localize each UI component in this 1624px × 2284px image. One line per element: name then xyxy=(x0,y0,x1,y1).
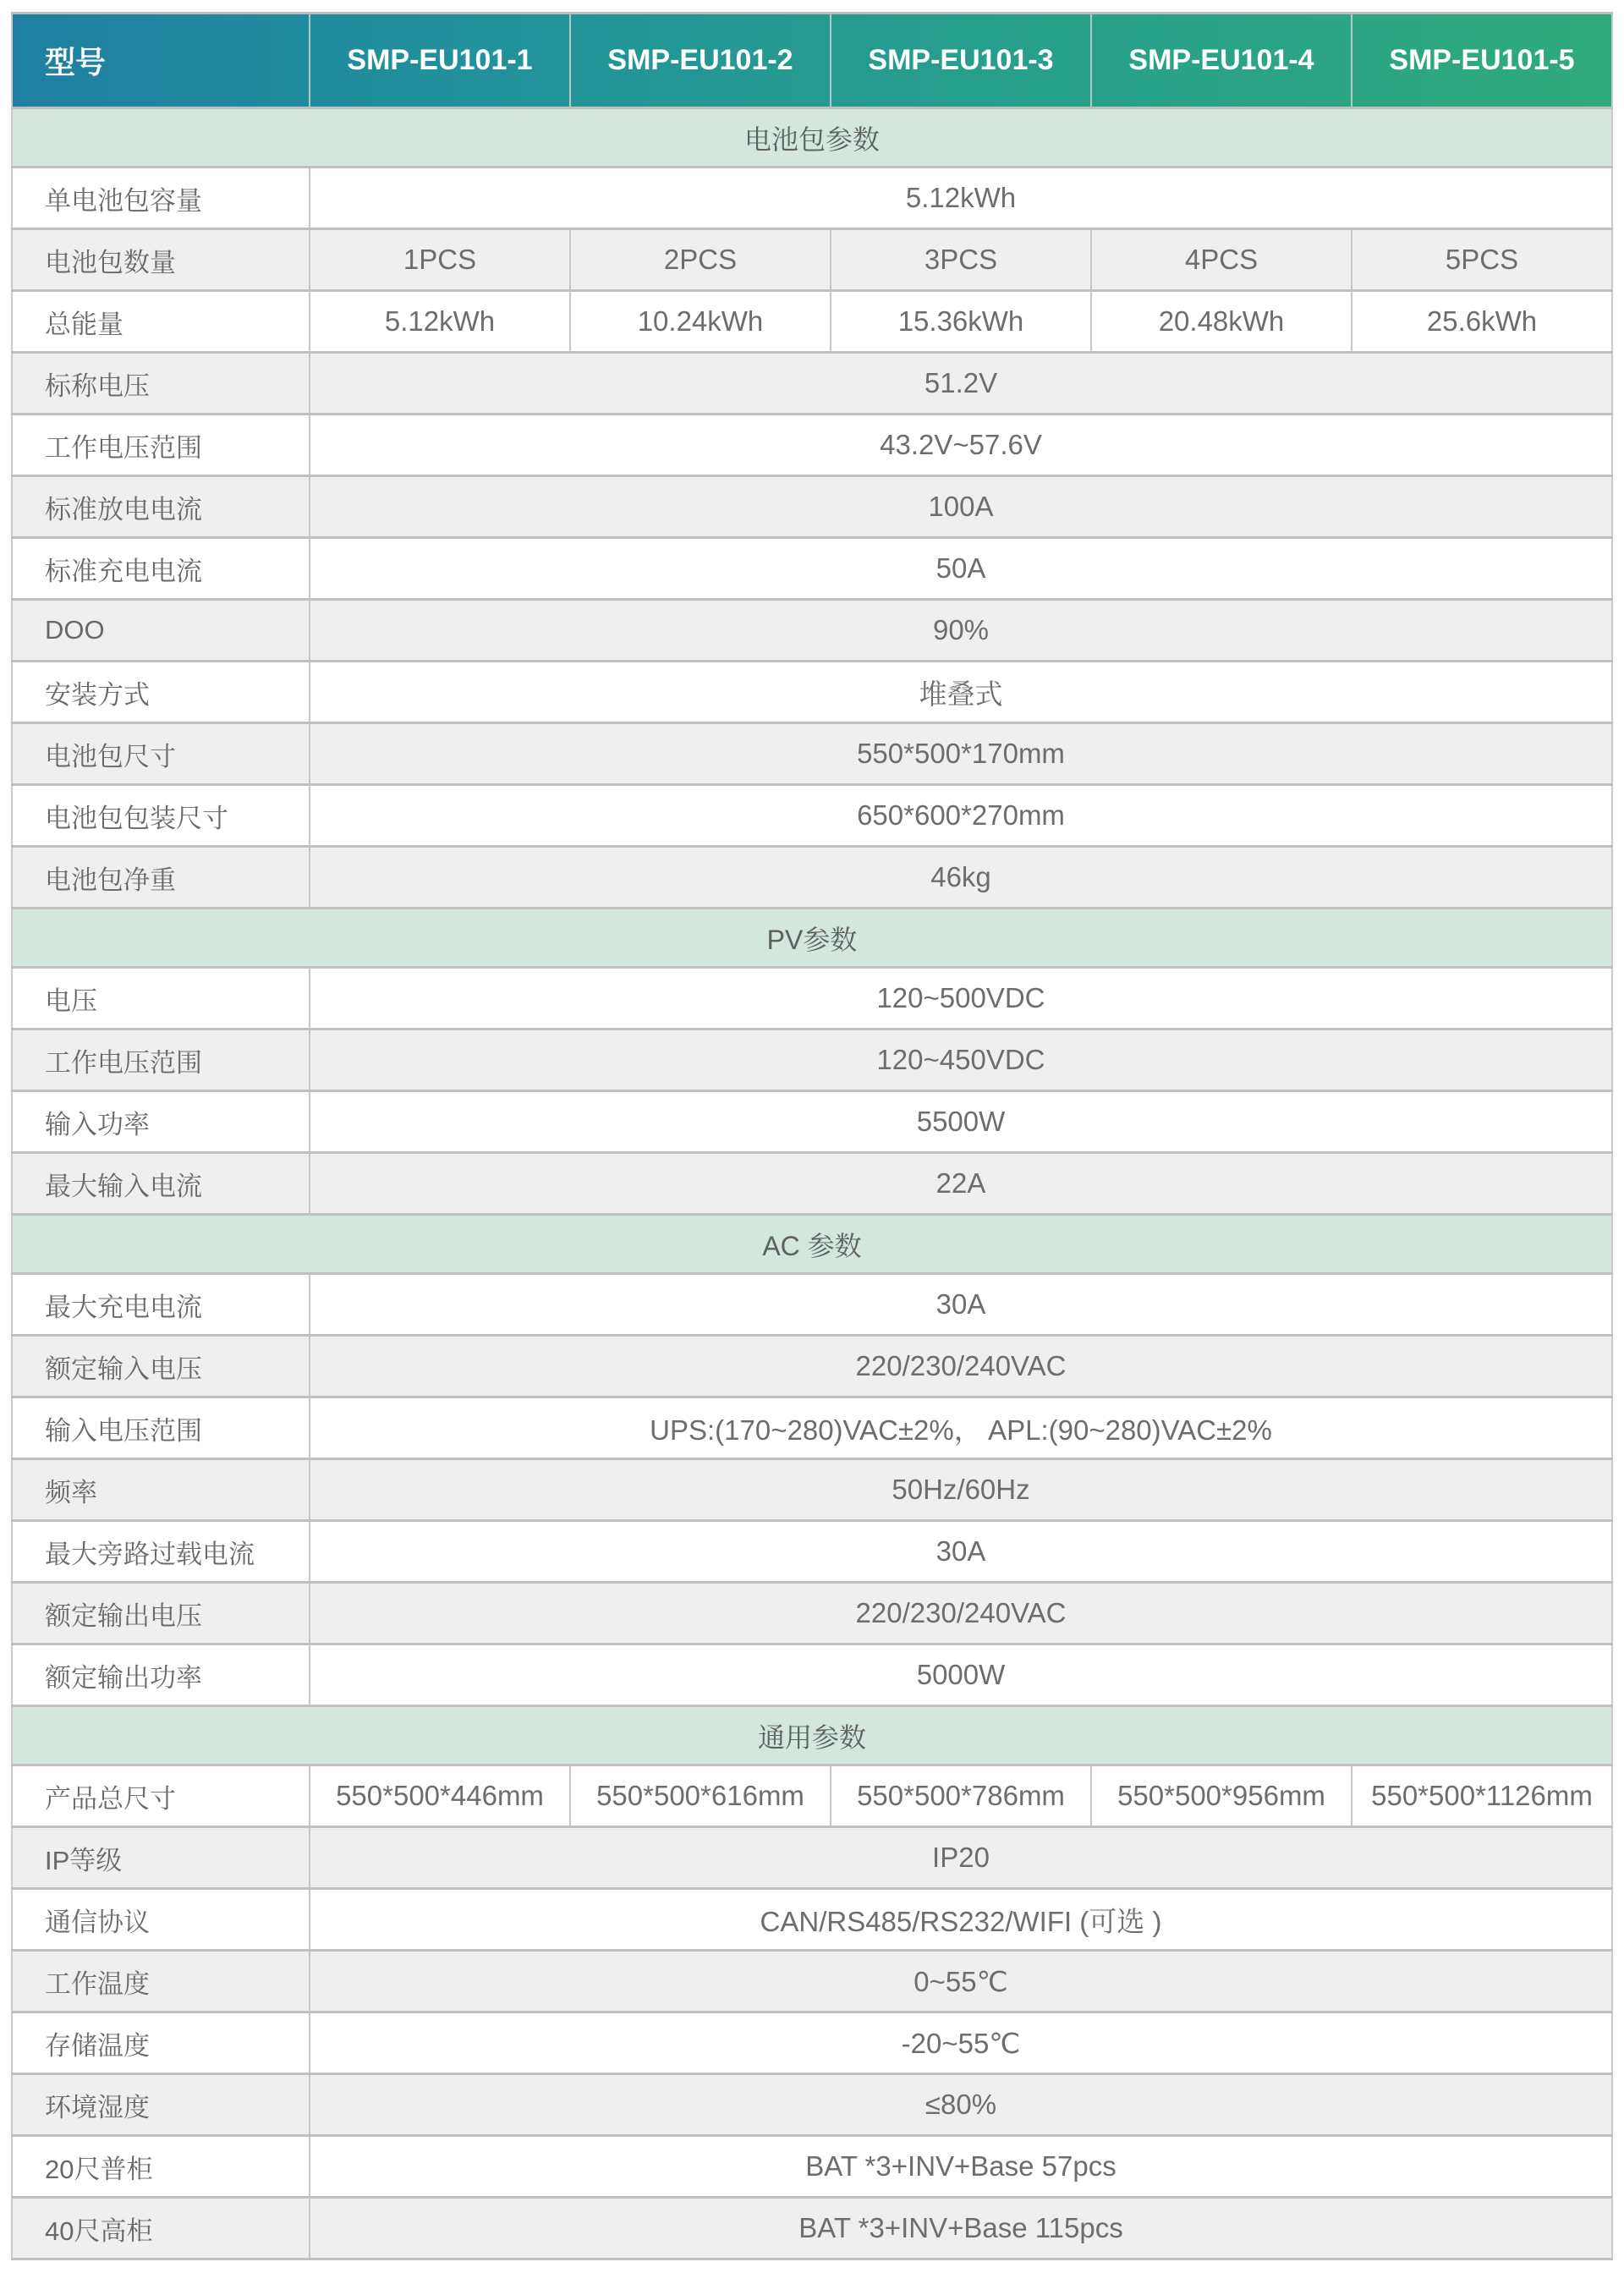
spec-row-value: 220/230/240VAC xyxy=(310,1336,1612,1397)
spec-row-value-5: 25.6kWh xyxy=(1352,291,1612,353)
spec-row: 电压120~500VDC xyxy=(12,968,1612,1029)
spec-row: 存储温度-20~55℃ xyxy=(12,2012,1612,2074)
spec-row-label: 输入电压范围 xyxy=(12,1397,310,1459)
spec-row-value: 50Hz/60Hz xyxy=(310,1459,1612,1521)
spec-row-value-3: 550*500*786mm xyxy=(831,1765,1091,1827)
spec-row-value: 650*600*270mm xyxy=(310,785,1612,847)
spec-row: 输入功率5500W xyxy=(12,1091,1612,1153)
spec-row: 标准放电电流100A xyxy=(12,476,1612,538)
spec-sheet-page: 型号 SMP-EU101-1SMP-EU101-2SMP-EU101-3SMP-… xyxy=(0,0,1624,2260)
spec-row-value: 220/230/240VAC xyxy=(310,1583,1612,1644)
spec-row-label: 工作电压范围 xyxy=(12,415,310,476)
section-title: 通用参数 xyxy=(12,1706,1612,1765)
spec-row-label: 存储温度 xyxy=(12,2012,310,2074)
spec-row-label: 40尺高柜 xyxy=(12,2198,310,2259)
spec-row-label: IP等级 xyxy=(12,1827,310,1889)
spec-row: 环境湿度≤80% xyxy=(12,2074,1612,2136)
spec-row-label: 环境湿度 xyxy=(12,2074,310,2136)
spec-row: 电池包数量1PCS2PCS3PCS4PCS5PCS xyxy=(12,229,1612,291)
section-header-row: PV参数 xyxy=(12,909,1612,968)
spec-row-value-4: 550*500*956mm xyxy=(1091,1765,1352,1827)
spec-row: 单电池包容量5.12kWh xyxy=(12,167,1612,229)
spec-row: 40尺高柜BAT *3+INV+Base 115pcs xyxy=(12,2198,1612,2259)
spec-row-value: 90% xyxy=(310,600,1612,662)
spec-row-value-2: 2PCS xyxy=(570,229,831,291)
spec-row: 20尺普柜BAT *3+INV+Base 57pcs xyxy=(12,2136,1612,2198)
section-header-row: AC 参数 xyxy=(12,1215,1612,1274)
spec-row-label: 总能量 xyxy=(12,291,310,353)
section-2: PV参数电压120~500VDC工作电压范围120~450VDC输入功率5500… xyxy=(12,909,1612,1215)
model-header-row: 型号 SMP-EU101-1SMP-EU101-2SMP-EU101-3SMP-… xyxy=(12,14,1612,108)
model-header-1: SMP-EU101-1 xyxy=(310,14,570,108)
spec-row-label: 额定输入电压 xyxy=(12,1336,310,1397)
spec-row-label: 单电池包容量 xyxy=(12,167,310,229)
spec-row-value: ≤80% xyxy=(310,2074,1612,2136)
spec-row-value-3: 3PCS xyxy=(831,229,1091,291)
spec-row-label: 工作温度 xyxy=(12,1951,310,2012)
spec-row-value: -20~55℃ xyxy=(310,2012,1612,2074)
spec-row: IP等级IP20 xyxy=(12,1827,1612,1889)
spec-row-value: 5500W xyxy=(310,1091,1612,1153)
spec-row: 最大充电电流30A xyxy=(12,1274,1612,1336)
spec-row-label: 额定输出功率 xyxy=(12,1644,310,1706)
spec-row-value-3: 15.36kWh xyxy=(831,291,1091,353)
spec-row-value: 50A xyxy=(310,538,1612,600)
spec-row-value-4: 20.48kWh xyxy=(1091,291,1352,353)
spec-row-label: 20尺普柜 xyxy=(12,2136,310,2198)
spec-row: 标称电压51.2V xyxy=(12,353,1612,415)
spec-row-label: 电池包数量 xyxy=(12,229,310,291)
spec-row-value-1: 1PCS xyxy=(310,229,570,291)
spec-row-value: 30A xyxy=(310,1521,1612,1583)
spec-row-value: 550*500*170mm xyxy=(310,723,1612,785)
spec-row-value: IP20 xyxy=(310,1827,1612,1889)
spec-row-value: BAT *3+INV+Base 57pcs xyxy=(310,2136,1612,2198)
spec-row-label: 输入功率 xyxy=(12,1091,310,1153)
spec-row: DOO90% xyxy=(12,600,1612,662)
spec-row: 安装方式堆叠式 xyxy=(12,662,1612,723)
spec-row-value-1: 5.12kWh xyxy=(310,291,570,353)
spec-row: 工作温度0~55℃ xyxy=(12,1951,1612,2012)
model-header-2: SMP-EU101-2 xyxy=(570,14,831,108)
spec-row: 电池包包装尺寸650*600*270mm xyxy=(12,785,1612,847)
spec-row-value: 100A xyxy=(310,476,1612,538)
section-header-row: 通用参数 xyxy=(12,1706,1612,1765)
spec-row-label: 额定输出电压 xyxy=(12,1583,310,1644)
spec-row: 额定输入电压220/230/240VAC xyxy=(12,1336,1612,1397)
section-title: 电池包参数 xyxy=(12,108,1612,167)
spec-row: 最大输入电流22A xyxy=(12,1153,1612,1215)
spec-row-label: 工作电压范围 xyxy=(12,1029,310,1091)
spec-row: 工作电压范围120~450VDC xyxy=(12,1029,1612,1091)
spec-row-value: CAN/RS485/RS232/WIFI (可选 ) xyxy=(310,1889,1612,1951)
section-title: PV参数 xyxy=(12,909,1612,968)
model-header-4: SMP-EU101-4 xyxy=(1091,14,1352,108)
spec-row-label: 标称电压 xyxy=(12,353,310,415)
spec-row-value: 5.12kWh xyxy=(310,167,1612,229)
spec-row: 输入电压范围UPS:(170~280)VAC±2%， APL:(90~280)V… xyxy=(12,1397,1612,1459)
spec-row: 通信协议CAN/RS485/RS232/WIFI (可选 ) xyxy=(12,1889,1612,1951)
spec-row: 电池包净重46kg xyxy=(12,847,1612,909)
spec-row-label: 通信协议 xyxy=(12,1889,310,1951)
spec-row-value: BAT *3+INV+Base 115pcs xyxy=(310,2198,1612,2259)
section-header-row: 电池包参数 xyxy=(12,108,1612,167)
spec-row-value: UPS:(170~280)VAC±2%， APL:(90~280)VAC±2% xyxy=(310,1397,1612,1459)
spec-row-label: 电池包尺寸 xyxy=(12,723,310,785)
spec-row-value-4: 4PCS xyxy=(1091,229,1352,291)
spec-row: 额定输出电压220/230/240VAC xyxy=(12,1583,1612,1644)
model-header-5: SMP-EU101-5 xyxy=(1352,14,1612,108)
spec-row-value-5: 550*500*1126mm xyxy=(1352,1765,1612,1827)
spec-row-label: 电压 xyxy=(12,968,310,1029)
spec-row-value-2: 550*500*616mm xyxy=(570,1765,831,1827)
spec-row-value: 30A xyxy=(310,1274,1612,1336)
spec-row-label: DOO xyxy=(12,600,310,662)
spec-row: 频率50Hz/60Hz xyxy=(12,1459,1612,1521)
spec-row-value: 堆叠式 xyxy=(310,662,1612,723)
spec-row-value-5: 5PCS xyxy=(1352,229,1612,291)
spec-row-label: 电池包包装尺寸 xyxy=(12,785,310,847)
spec-row-label: 标准放电电流 xyxy=(12,476,310,538)
spec-row: 额定输出功率5000W xyxy=(12,1644,1612,1706)
spec-row: 产品总尺寸550*500*446mm550*500*616mm550*500*7… xyxy=(12,1765,1612,1827)
spec-row-value: 120~450VDC xyxy=(310,1029,1612,1091)
spec-table: 型号 SMP-EU101-1SMP-EU101-2SMP-EU101-3SMP-… xyxy=(11,12,1613,2260)
spec-row-label: 最大旁路过载电流 xyxy=(12,1521,310,1583)
spec-row: 最大旁路过载电流30A xyxy=(12,1521,1612,1583)
spec-row-value: 43.2V~57.6V xyxy=(310,415,1612,476)
spec-row-value: 51.2V xyxy=(310,353,1612,415)
spec-row-label: 电池包净重 xyxy=(12,847,310,909)
spec-row-value-2: 10.24kWh xyxy=(570,291,831,353)
model-header-3: SMP-EU101-3 xyxy=(831,14,1091,108)
section-title: AC 参数 xyxy=(12,1215,1612,1274)
spec-row-label: 产品总尺寸 xyxy=(12,1765,310,1827)
spec-row-value: 5000W xyxy=(310,1644,1612,1706)
spec-row-label: 最大输入电流 xyxy=(12,1153,310,1215)
section-3: AC 参数最大充电电流30A额定输入电压220/230/240VAC输入电压范围… xyxy=(12,1215,1612,1706)
spec-row-label: 最大充电电流 xyxy=(12,1274,310,1336)
section-4: 通用参数产品总尺寸550*500*446mm550*500*616mm550*5… xyxy=(12,1706,1612,2259)
spec-row-value: 46kg xyxy=(310,847,1612,909)
spec-table-header: 型号 SMP-EU101-1SMP-EU101-2SMP-EU101-3SMP-… xyxy=(12,14,1612,108)
spec-row: 标准充电电流50A xyxy=(12,538,1612,600)
spec-row: 电池包尺寸550*500*170mm xyxy=(12,723,1612,785)
spec-row-label: 频率 xyxy=(12,1459,310,1521)
spec-row-value: 22A xyxy=(310,1153,1612,1215)
spec-row: 总能量5.12kWh10.24kWh15.36kWh20.48kWh25.6kW… xyxy=(12,291,1612,353)
spec-row-value: 120~500VDC xyxy=(310,968,1612,1029)
section-1: 电池包参数单电池包容量5.12kWh电池包数量1PCS2PCS3PCS4PCS5… xyxy=(12,108,1612,909)
spec-row-value-1: 550*500*446mm xyxy=(310,1765,570,1827)
model-column-title: 型号 xyxy=(12,14,310,108)
spec-row-value: 0~55℃ xyxy=(310,1951,1612,2012)
spec-row-label: 标准充电电流 xyxy=(12,538,310,600)
spec-row: 工作电压范围43.2V~57.6V xyxy=(12,415,1612,476)
spec-row-label: 安装方式 xyxy=(12,662,310,723)
